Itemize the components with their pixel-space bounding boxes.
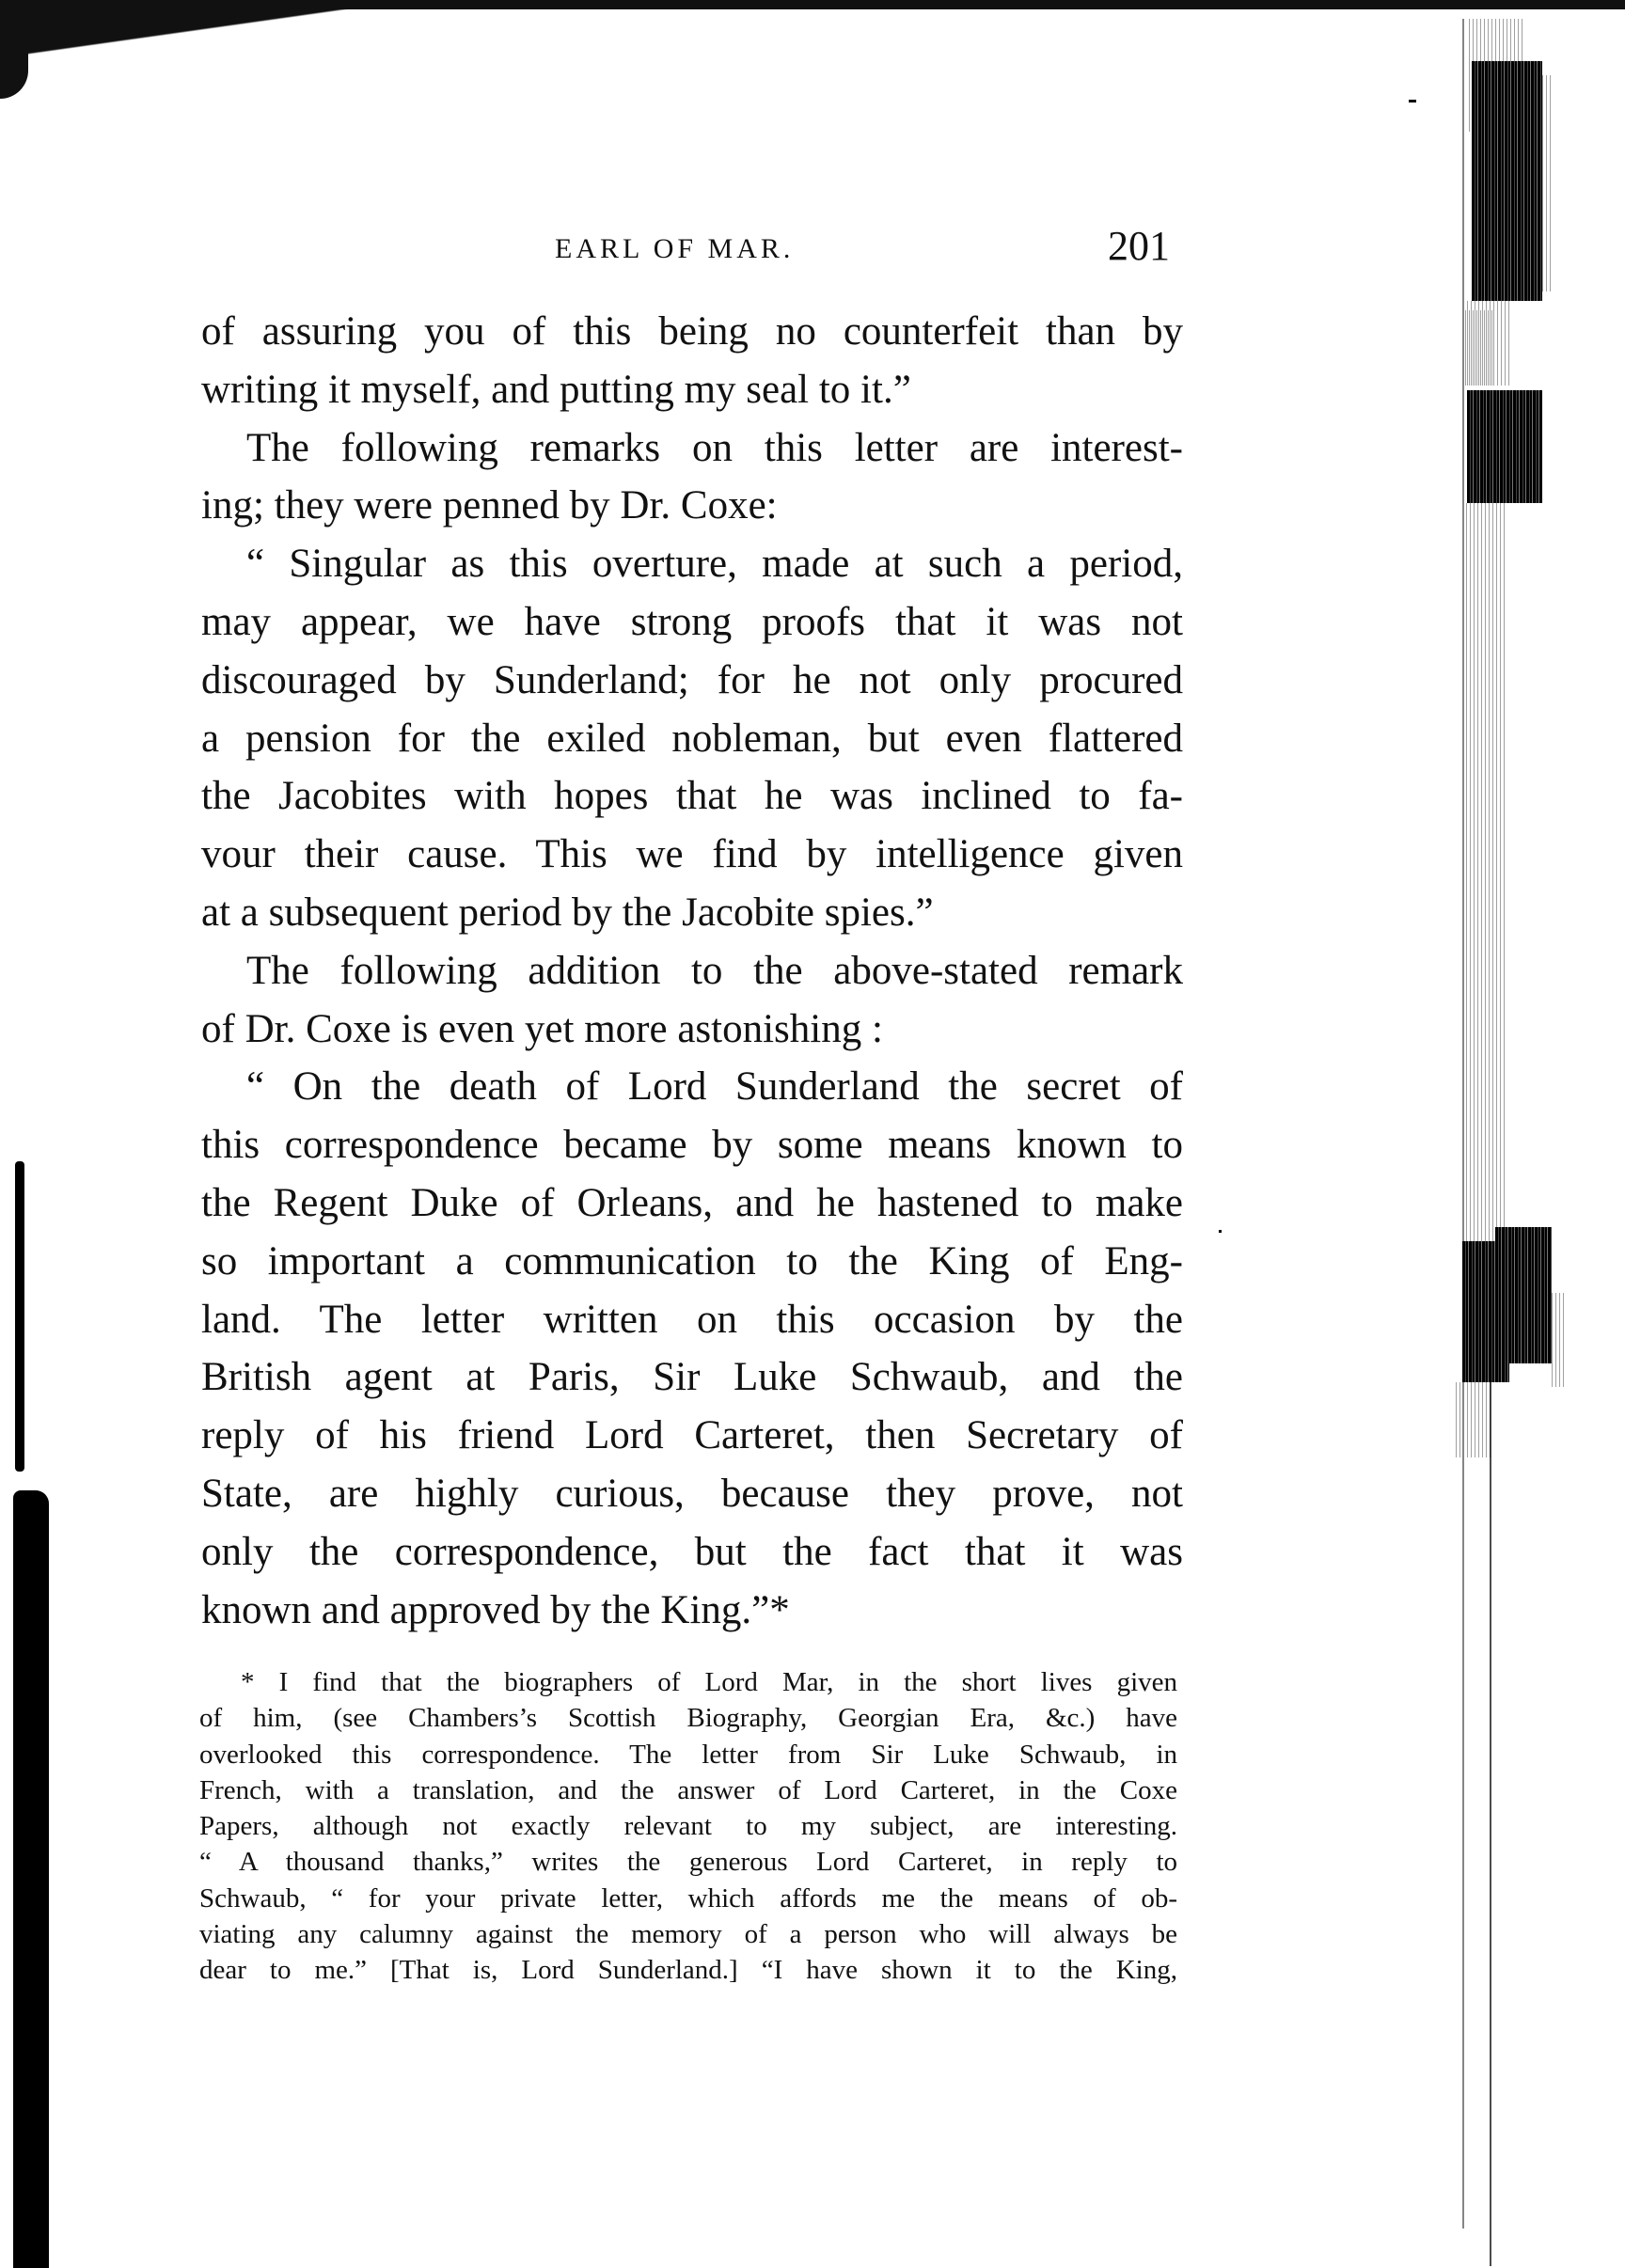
page-edge-faint	[1552, 1293, 1566, 1387]
body-line: of Dr. Coxe is even yet more astonishing…	[201, 1000, 1183, 1059]
body-line: may appear, we have strong proofs that i…	[201, 593, 1183, 652]
body-line: The following remarks on this letter are…	[201, 419, 1183, 478]
running-head: EARL OF MAR.	[555, 233, 794, 265]
body-line: ing; they were penned by Dr. Coxe:	[201, 477, 1183, 535]
body-text: of assuring you of this being no counter…	[201, 303, 1183, 1639]
body-line: vour their cause. This we find by intell…	[201, 826, 1183, 884]
body-line: State, are highly curious, because they …	[201, 1465, 1183, 1523]
footnote-line: Schwaub, “ for your private letter, whic…	[199, 1881, 1177, 1916]
page-edge-faint	[1465, 310, 1493, 386]
body-line: at a subsequent period by the Jacobite s…	[201, 884, 1183, 942]
scan-speck	[1409, 100, 1416, 102]
page-edge-stripes	[1495, 1227, 1552, 1363]
body-line: so important a communication to the King…	[201, 1233, 1183, 1291]
body-line: this correspondence became by some means…	[201, 1116, 1183, 1174]
footnote-line: overlooked this correspondence. The lett…	[199, 1737, 1177, 1772]
footnote-line: French, with a translation, and the answ…	[199, 1772, 1177, 1808]
footnote-line: of him, (see Chambers’s Scottish Biograp…	[199, 1700, 1177, 1736]
footnote: * I find that the biographers of Lord Ma…	[199, 1664, 1177, 1989]
footnote-line: * I find that the biographers of Lord Ma…	[199, 1664, 1177, 1700]
body-line: the Jacobites with hopes that he was inc…	[201, 767, 1183, 826]
body-line: of assuring you of this being no counter…	[201, 303, 1183, 361]
footnote-line: “ A thousand thanks,” writes the generou…	[199, 1844, 1177, 1880]
body-line: reply of his friend Lord Carteret, then …	[201, 1407, 1183, 1465]
page-edge-faint	[1456, 1382, 1493, 1457]
scan-speck	[1219, 1230, 1222, 1233]
body-line: known and approved by the King.”*	[201, 1582, 1183, 1640]
body-line: discouraged by Sunderland; for he not on…	[201, 652, 1183, 710]
page-edge-stripes	[1467, 390, 1542, 503]
footnote-line: dear to me.” [That is, Lord Sunderland.]…	[199, 1952, 1177, 1988]
body-line: only the correspondence, but the fact th…	[201, 1523, 1183, 1582]
body-line: the Regent Duke of Orleans, and he haste…	[201, 1174, 1183, 1233]
body-line: The following addition to the above-stat…	[201, 942, 1183, 1000]
page-edge-faint	[1542, 75, 1554, 291]
page-edge-line	[1490, 1363, 1491, 2266]
page-edge-stripes	[1472, 61, 1542, 301]
footnote-line: Papers, although not exactly relevant to…	[199, 1808, 1177, 1844]
body-line: “ Singular as this overture, made at suc…	[201, 535, 1183, 593]
body-line: “ On the death of Lord Sunderland the se…	[201, 1058, 1183, 1116]
footnote-line: viating any calumny against the memory o…	[199, 1916, 1177, 1952]
body-line: land. The letter written on this occasio…	[201, 1291, 1183, 1349]
scan-top-left-corner	[0, 0, 28, 99]
scanned-book-page: EARL OF MAR. 201 of assuring you of this…	[0, 0, 1625, 2268]
body-line: writing it myself, and putting my seal t…	[201, 361, 1183, 419]
page-edge-faint	[1462, 503, 1505, 1255]
body-line: a pension for the exiled nobleman, but e…	[201, 710, 1183, 768]
body-line: British agent at Paris, Sir Luke Schwaub…	[201, 1348, 1183, 1407]
page-number: 201	[1108, 222, 1170, 270]
scan-top-left-curl	[0, 0, 489, 94]
binding-shadow	[13, 1490, 49, 2268]
binding-shadow	[15, 1161, 24, 1472]
